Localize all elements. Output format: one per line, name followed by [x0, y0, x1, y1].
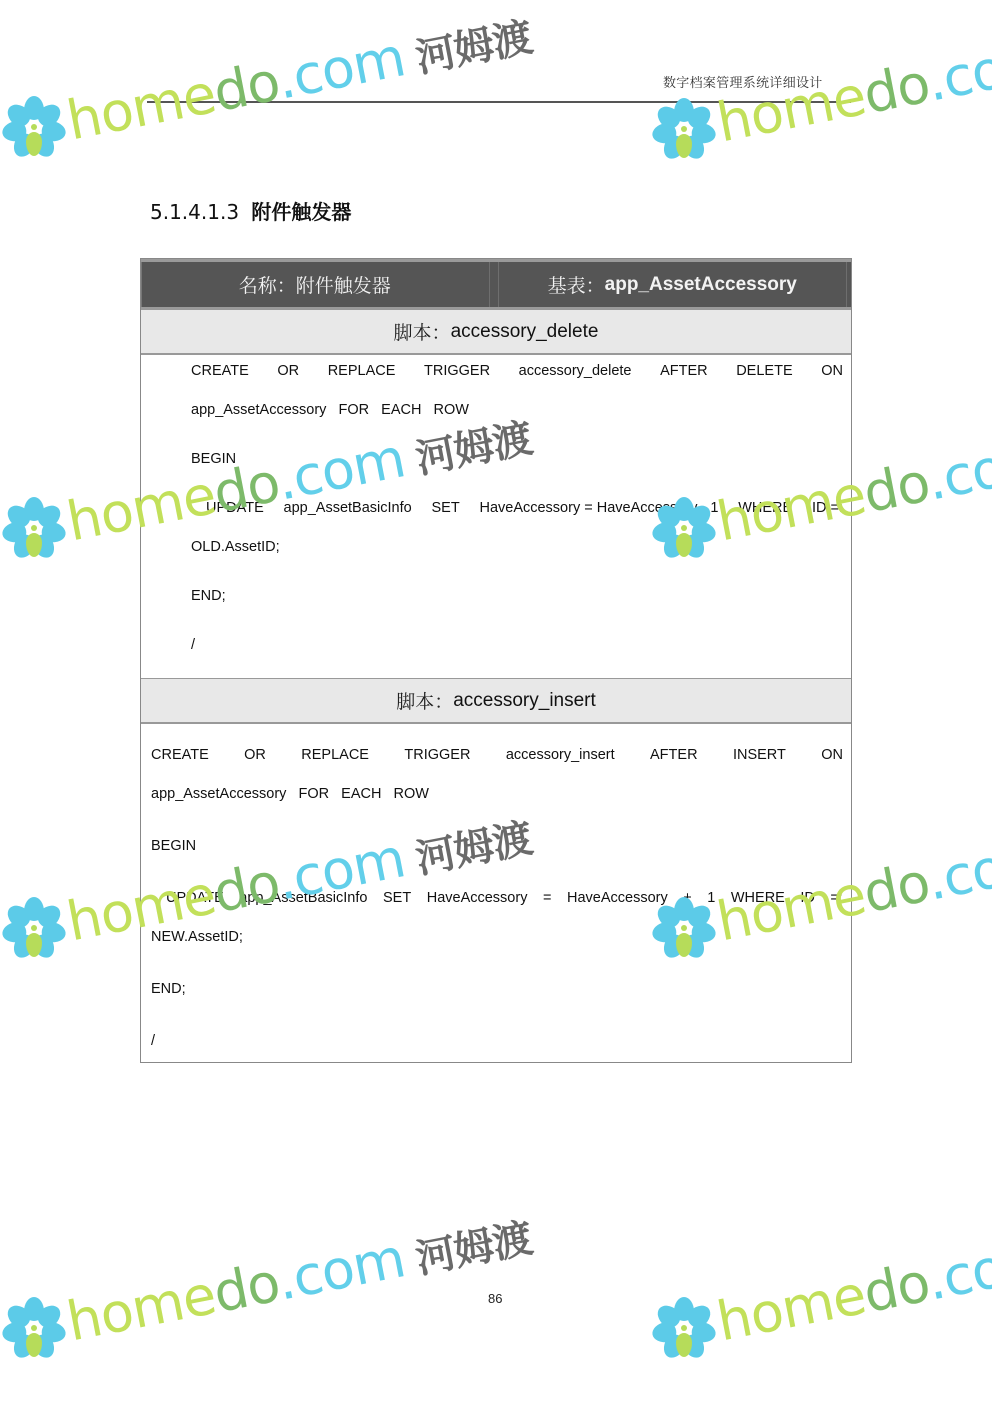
section-heading: 5.1.4.1.3 附件触发器: [150, 196, 351, 225]
code-line: END;: [151, 981, 186, 997]
script-label: 脚本：: [394, 318, 451, 345]
code-token: ON: [821, 747, 843, 763]
base-value: app_AssetAccessory: [605, 274, 797, 296]
table-header-row: 名称： 附件触发器 基表： app_AssetAccessory: [141, 259, 851, 309]
base-table-cell: 基表： app_AssetAccessory: [498, 262, 848, 307]
section-title: 附件触发器: [251, 200, 351, 224]
code-token: DELETE: [736, 363, 792, 379]
flower-logo-icon: [2, 897, 66, 961]
code-token: UPDATE: [206, 500, 264, 516]
code-token: SET: [431, 500, 459, 516]
code-line: app_AssetAccessory FOR EACH ROW: [191, 402, 469, 418]
code-token: HaveAccessory: [567, 890, 668, 906]
code-token: TRIGGER: [424, 363, 490, 379]
code-line: CREATEORREPLACETRIGGERaccessory_deleteAF…: [191, 363, 843, 379]
code-token: REPLACE: [328, 363, 396, 379]
script-code-block: CREATEORREPLACETRIGGERaccessory_deleteAF…: [141, 355, 851, 678]
code-token: =: [543, 890, 551, 906]
flower-logo-icon: [652, 98, 716, 162]
code-token: SET: [383, 890, 411, 906]
code-token: ON: [821, 363, 843, 379]
watermark-text: homedo.com河姆渡: [62, 1202, 536, 1354]
code-token: CREATE: [151, 747, 209, 763]
code-token: WHERE: [731, 890, 785, 906]
page-number: 86: [488, 1291, 502, 1306]
code-token: HaveAccessory: [427, 890, 528, 906]
code-line: UPDATEapp_AssetBasicInfoSETHaveAccessory…: [206, 500, 843, 516]
code-token: WHERE: [738, 500, 792, 516]
code-token: AFTER: [650, 747, 698, 763]
code-token: app_AssetBasicInfo: [284, 500, 412, 516]
script-code-block: CREATEORREPLACETRIGGERaccessory_insertAF…: [141, 724, 851, 1062]
code-line: END;: [191, 588, 226, 604]
code-line: BEGIN: [191, 451, 236, 467]
code-token: +: [683, 890, 691, 906]
code-line: /: [151, 1033, 155, 1049]
flower-logo-icon: [2, 1297, 66, 1361]
watermark-text: homedo.com: [712, 1226, 992, 1353]
script-label: 脚本：: [396, 687, 453, 714]
code-line: BEGIN: [151, 838, 196, 854]
script-title-row: 脚本： accessory_insert: [141, 678, 851, 724]
code-line: app_AssetAccessory FOR EACH ROW: [151, 786, 429, 802]
code-token: ID =:: [812, 500, 843, 516]
header-rule: [147, 101, 851, 103]
code-token: UPDATE: [166, 890, 224, 906]
code-token: 1: [707, 890, 715, 906]
code-token: REPLACE: [301, 747, 369, 763]
code-token: app_AssetBasicInfo: [239, 890, 367, 906]
code-token: OR: [244, 747, 266, 763]
code-token: HaveAccessory = HaveAccessory - 1: [479, 500, 718, 516]
script-name: accessory_insert: [453, 690, 596, 712]
code-token: ID: [800, 890, 815, 906]
running-header: 数字档案管理系统详细设计: [663, 72, 823, 91]
name-label: 名称：: [239, 271, 296, 298]
code-line: UPDATEapp_AssetBasicInfoSETHaveAccessory…: [166, 890, 843, 906]
code-token: OR: [277, 363, 299, 379]
name-value: 附件触发器: [296, 271, 391, 298]
script-name: accessory_delete: [451, 321, 599, 343]
section-number: 5.1.4.1.3: [150, 200, 239, 224]
flower-logo-icon: [2, 96, 66, 160]
code-line: OLD.AssetID;: [191, 539, 280, 555]
code-token: AFTER: [660, 363, 708, 379]
flower-logo-icon: [2, 497, 66, 561]
code-line: NEW.AssetID;: [151, 929, 243, 945]
code-token: INSERT: [733, 747, 786, 763]
code-line: /: [191, 637, 195, 653]
trigger-name-cell: 名称： 附件触发器: [141, 262, 490, 307]
code-token: accessory_insert: [506, 747, 615, 763]
code-token: accessory_delete: [519, 363, 632, 379]
flower-logo-icon: [652, 1297, 716, 1361]
trigger-table: 名称： 附件触发器 基表： app_AssetAccessory 脚本： acc…: [140, 258, 852, 1063]
code-line: CREATEORREPLACETRIGGERaccessory_insertAF…: [151, 747, 843, 763]
code-token: CREATE: [191, 363, 249, 379]
script-title-row: 脚本： accessory_delete: [141, 309, 851, 355]
base-label: 基表：: [548, 271, 605, 298]
code-token: TRIGGER: [404, 747, 470, 763]
watermark-text: homedo.com河姆渡: [62, 1, 536, 153]
code-token: =:: [830, 890, 843, 906]
